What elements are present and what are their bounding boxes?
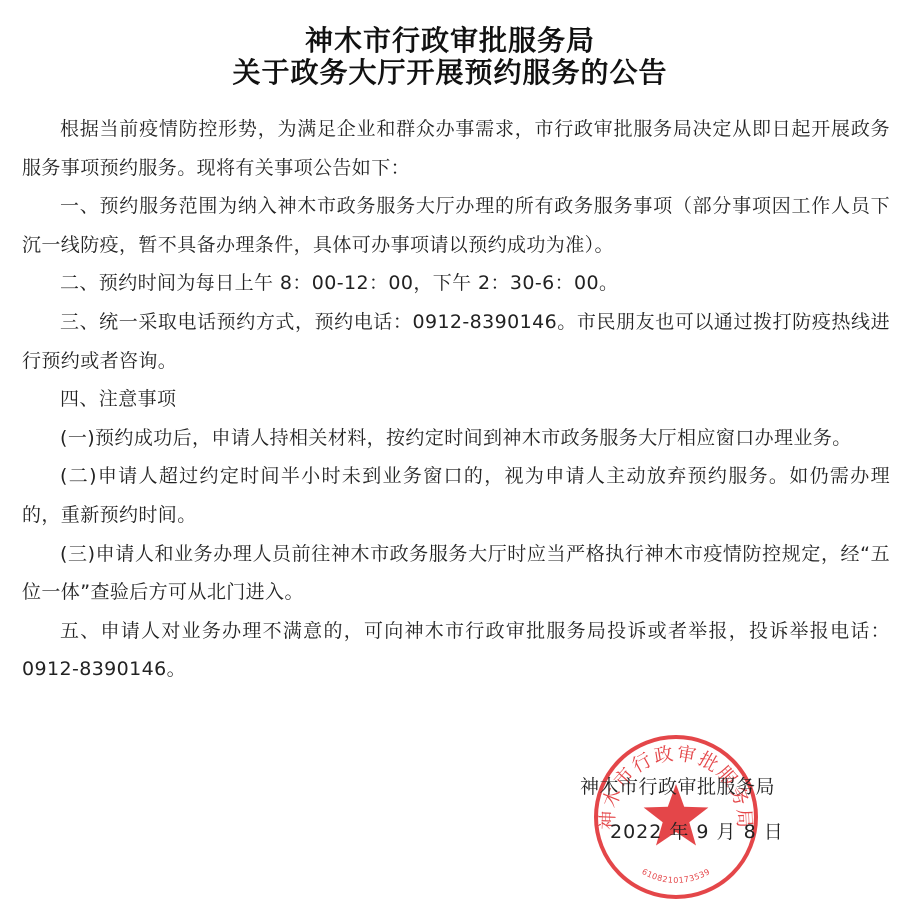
seal-code-text: 6108210173539 [640, 867, 711, 885]
paragraph-item-4-sub-2: (二)申请人超过约定时间半小时未到业务窗口的，视为申请人主动放弃预约服务。如仍需… [22, 457, 890, 534]
paragraph-item-1-scope: 一、预约服务范围为纳入神木市政务服务大厅办理的所有政务服务事项（部分事项因工作人… [22, 187, 890, 264]
svg-text:6108210173539: 6108210173539 [640, 867, 711, 885]
document-body: 根据当前疫情防控形势，为满足企业和群众办事需求，市行政审批服务局决定从即日起开展… [22, 110, 890, 689]
paragraph-item-4-sub-3: (三)申请人和业务办理人员前往神木市政务服务大厅时应当严格执行神木市疫情防控规定… [22, 535, 890, 612]
signature-date: 2022 年 9 月 8 日 [610, 817, 784, 844]
paragraph-item-2-hours: 二、预约时间为每日上午 8：00-12：00，下午 2：30-6：00。 [22, 264, 890, 303]
signature-organization: 神木市行政审批服务局 [580, 772, 775, 799]
paragraph-item-4-sub-1: (一)预约成功后，申请人持相关材料，按约定时间到神木市政务服务大厅相应窗口办理业… [22, 419, 890, 458]
document-title-line1: 神木市行政审批服务局 [0, 24, 900, 58]
paragraph-item-4-heading: 四、注意事项 [22, 380, 890, 419]
document-title-line2: 关于政务大厅开展预约服务的公告 [0, 56, 900, 90]
paragraph-item-3-phone: 三、统一采取电话预约方式，预约电话：0912-8390146。市民朋友也可以通过… [22, 303, 890, 380]
paragraph-item-5-complaint: 五、申请人对业务办理不满意的，可向神木市行政审批服务局投诉或者举报，投诉举报电话… [22, 612, 890, 689]
notice-document: 神木市行政审批服务局 关于政务大厅开展预约服务的公告 根据当前疫情防控形势，为满… [0, 0, 900, 917]
paragraph-intro: 根据当前疫情防控形势，为满足企业和群众办事需求，市行政审批服务局决定从即日起开展… [22, 110, 890, 187]
